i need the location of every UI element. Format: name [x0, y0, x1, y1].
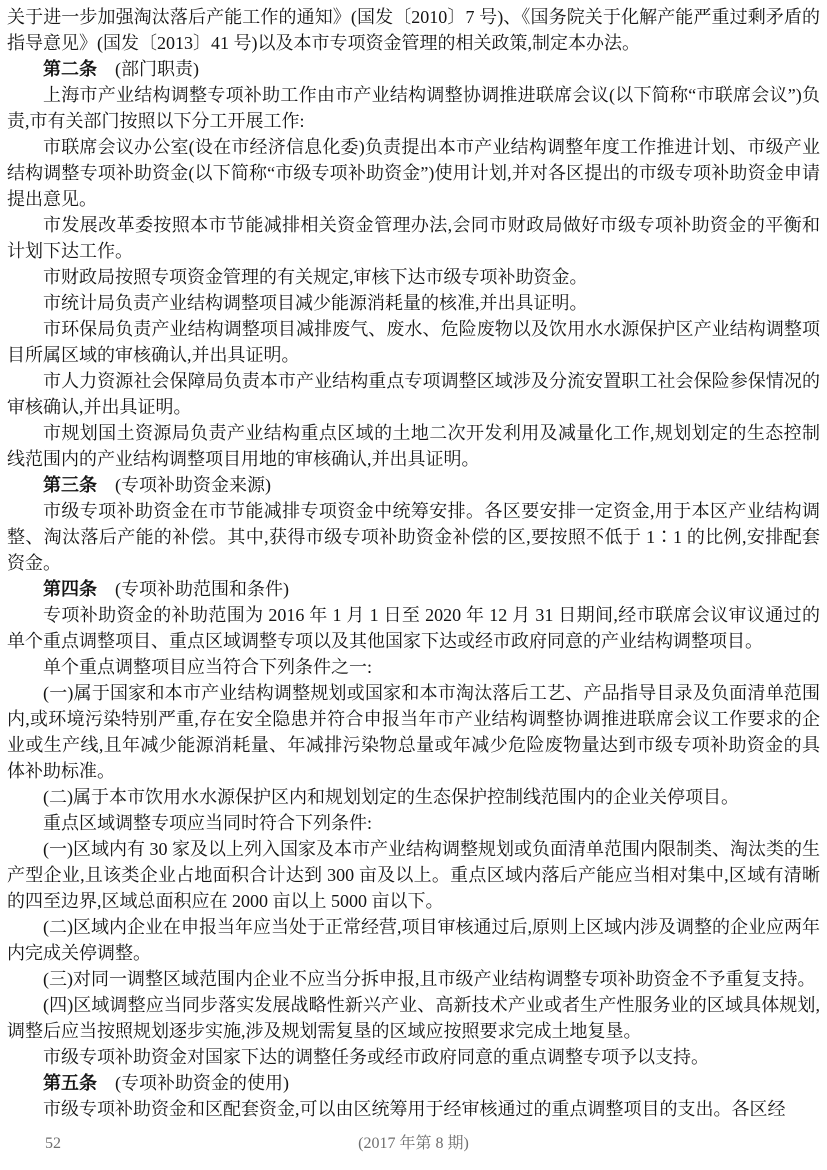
document-page: 关于进一步加强淘汰落后产能工作的通知》(国发〔2010〕7 号)、《国务院关于化… — [0, 0, 827, 1170]
body-paragraph: 市级专项补助资金和区配套资金,可以由区统筹用于经审核通过的重点调整项目的支出。各… — [7, 1096, 820, 1122]
body-paragraph: (四)区域调整应当同步落实发展战略性新兴产业、高新技术产业或者生产性服务业的区域… — [7, 992, 820, 1044]
document-body: 关于进一步加强淘汰落后产能工作的通知》(国发〔2010〕7 号)、《国务院关于化… — [7, 4, 820, 1122]
body-paragraph: (一)区域内有 30 家及以上列入国家及本市产业结构调整规划或负面清单范围内限制… — [7, 836, 820, 914]
body-paragraph: 市统计局负责产业结构调整项目减少能源消耗量的核准,并出具证明。 — [7, 290, 820, 316]
article-number: 第三条 — [43, 475, 97, 495]
body-paragraph: 关于进一步加强淘汰落后产能工作的通知》(国发〔2010〕7 号)、《国务院关于化… — [7, 4, 820, 56]
body-paragraph: 市财政局按照专项资金管理的有关规定,审核下达市级专项补助资金。 — [7, 264, 820, 290]
body-paragraph: 市级专项补助资金在市节能减排专项资金中统筹安排。各区要安排一定资金,用于本区产业… — [7, 498, 820, 576]
article-heading: 第三条 (专项补助资金来源) — [7, 472, 820, 498]
article-number: 第四条 — [43, 579, 97, 599]
body-paragraph: 市环保局负责产业结构调整项目减排废气、废水、危险废物以及饮用水水源保护区产业结构… — [7, 316, 820, 368]
body-paragraph: (一)属于国家和本市产业结构调整规划或国家和本市淘汰落后工艺、产品指导目录及负面… — [7, 680, 820, 784]
body-paragraph: 单个重点调整项目应当符合下列条件之一: — [7, 654, 820, 680]
issue-label: (2017 年第 8 期) — [0, 1130, 827, 1158]
body-paragraph: (三)对同一调整区域范围内企业不应当分拆申报,且市级产业结构调整专项补助资金不予… — [7, 966, 820, 992]
body-paragraph: 上海市产业结构调整专项补助工作由市产业结构调整协调推进联席会议(以下简称“市联席… — [7, 82, 820, 134]
body-paragraph: 重点区域调整专项应当同时符合下列条件: — [7, 810, 820, 836]
article-number: 第五条 — [43, 1073, 97, 1093]
page-footer: 52 (2017 年第 8 期) — [0, 1130, 827, 1158]
body-paragraph: (二)属于本市饮用水水源保护区内和规划划定的生态保护控制线范围内的企业关停项目。 — [7, 784, 820, 810]
body-paragraph: (二)区域内企业在申报当年应当处于正常经营,项目审核通过后,原则上区域内涉及调整… — [7, 914, 820, 966]
article-heading: 第四条 (专项补助范围和条件) — [7, 576, 820, 602]
article-heading: 第二条 (部门职责) — [7, 56, 820, 82]
body-paragraph: 专项补助资金的补助范围为 2016 年 1 月 1 日至 2020 年 12 月… — [7, 602, 820, 654]
body-paragraph: 市人力资源社会保障局负责本市产业结构重点专项调整区域涉及分流安置职工社会保险参保… — [7, 368, 820, 420]
body-paragraph: 市规划国土资源局负责产业结构重点区域的土地二次开发利用及减量化工作,规划划定的生… — [7, 420, 820, 472]
body-paragraph: 市联席会议办公室(设在市经济信息化委)负责提出本市产业结构调整年度工作推进计划、… — [7, 134, 820, 212]
body-paragraph: 市级专项补助资金对国家下达的调整任务或经市政府同意的重点调整专项予以支持。 — [7, 1044, 820, 1070]
article-heading: 第五条 (专项补助资金的使用) — [7, 1070, 820, 1096]
body-paragraph: 市发展改革委按照本市节能减排相关资金管理办法,会同市财政局做好市级专项补助资金的… — [7, 212, 820, 264]
article-number: 第二条 — [43, 59, 97, 79]
